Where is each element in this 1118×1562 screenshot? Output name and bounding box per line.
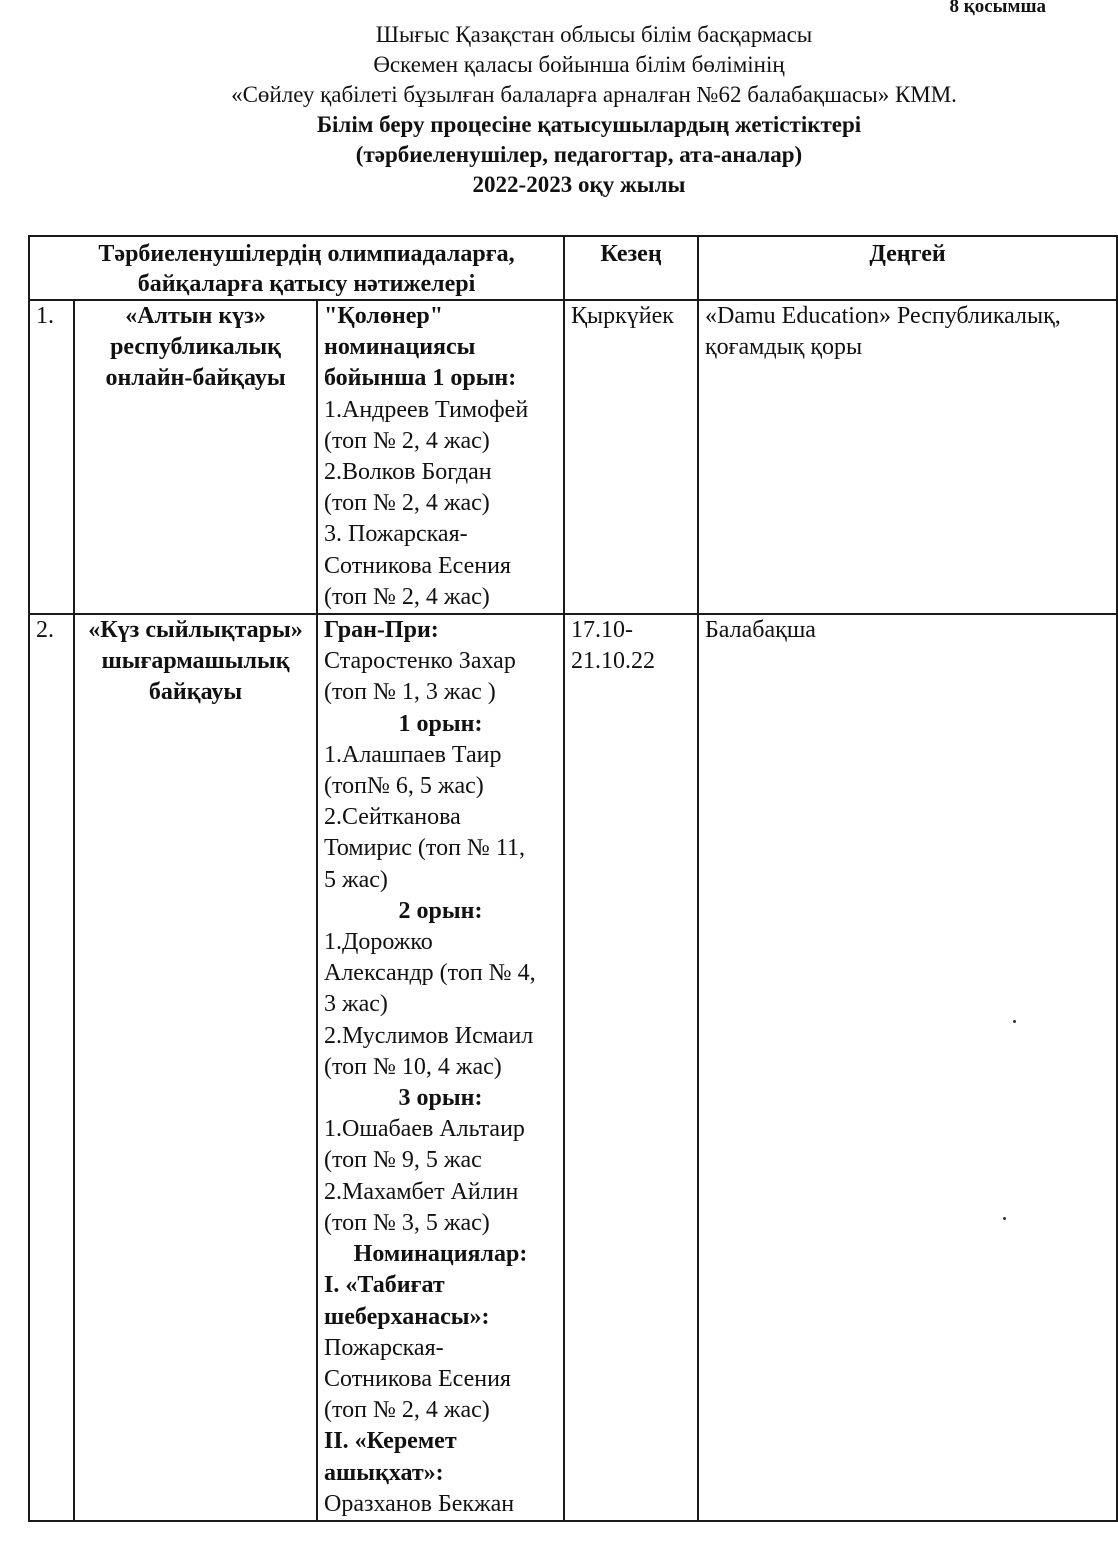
result-line: I. «Табиғат [324, 1270, 557, 1301]
document-header: Шығыс Қазақстан облысы білім басқармасы … [0, 20, 1118, 200]
result-line: 2.Махамбет Айлин [324, 1177, 557, 1208]
result-line: 3 орын: [324, 1083, 557, 1114]
result-line: (топ № 2, 4 жас) [324, 488, 557, 519]
result-line: (топ№ 6, 5 жас) [324, 771, 557, 802]
result-line: Старостенко Захар [324, 646, 557, 677]
column-header-period: Кезең [564, 236, 698, 300]
period-start: 17.10- [571, 615, 691, 646]
header-line-region: Шығыс Қазақстан облысы білім басқармасы [0, 20, 1118, 50]
document-title: Білім беру процесіне қатысушылардың жеті… [0, 110, 1118, 140]
contest-name: «Күз сыйлықтары» шығармашылық байқауы [74, 614, 317, 1521]
column-header-level: Деңгей [698, 236, 1117, 300]
column-header-results: Тәрбиеленушілердің олимпиадаларға, байқа… [29, 236, 564, 300]
result-line: Гран-При: [324, 615, 557, 646]
row-number: 1. [29, 300, 74, 614]
annex-label: 8 қосымша [950, 0, 1046, 18]
result-line: Пожарская- [324, 1333, 557, 1364]
result-line: шеберханасы»: [324, 1302, 557, 1333]
result-line: 1 орын: [324, 709, 557, 740]
result-line: Александр (топ № 4, [324, 958, 557, 989]
contest-name: «Алтын күз» республикалық онлайн-байқауы [74, 300, 317, 614]
header-line-department: Өскемен қаласы бойынша білім бөлімінің [0, 50, 1118, 80]
result-line: Сотникова Есения [324, 551, 557, 582]
result-line: 2 орын: [324, 896, 557, 927]
result-line: 1.Ошабаев Альтаир [324, 1114, 557, 1145]
document-subtitle: (тәрбиеленушілер, педагогтар, ата-аналар… [0, 140, 1118, 170]
result-line: 1.Дорожко [324, 927, 557, 958]
result-line: (топ № 10, 4 жас) [324, 1052, 557, 1083]
result-line: 2.Сейтканова [324, 802, 557, 833]
scan-speck [1003, 1217, 1006, 1220]
result-line: (топ № 9, 5 жас [324, 1145, 557, 1176]
result-line: Оразханов Бекжан [324, 1489, 557, 1520]
contest-level: «Damu Education» Республикалық, қоғамдық… [698, 300, 1117, 614]
result-line: Номинациялар: [324, 1239, 557, 1270]
result-line: бойынша 1 орын: [324, 363, 557, 394]
result-line: 3 жас) [324, 989, 557, 1020]
table-row: 2. «Күз сыйлықтары» шығармашылық байқауы… [29, 614, 1117, 1521]
contest-period: Қыркүйек [564, 300, 698, 614]
contest-level: Балабақша [698, 614, 1117, 1521]
result-line: ашықхат»: [324, 1458, 557, 1489]
result-line: 3. Пожарская- [324, 519, 557, 550]
row-number: 2. [29, 614, 74, 1521]
academic-year: 2022-2023 оқу жылы [0, 170, 1118, 200]
result-line: (топ № 2, 4 жас) [324, 426, 557, 457]
result-line: II. «Керемет [324, 1426, 557, 1457]
result-line: Томирис (топ № 11, [324, 833, 557, 864]
result-line: (топ № 2, 4 жас) [324, 582, 557, 613]
contest-period: 17.10- 21.10.22 [564, 614, 698, 1521]
result-line: "Қолөнер" [324, 301, 557, 332]
contest-results: Гран-При:Старостенко Захар(топ № 1, 3 жа… [317, 614, 564, 1521]
result-line: 2.Муслимов Исмаил [324, 1021, 557, 1052]
period-end: 21.10.22 [571, 646, 691, 677]
contest-results: "Қолөнер"номинациясыбойынша 1 орын:1.Анд… [317, 300, 564, 614]
scan-speck [1013, 1020, 1016, 1023]
result-line: 1.Андреев Тимофей [324, 395, 557, 426]
header-line-institution: «Сөйлеу қабілеті бұзылған балаларға арна… [0, 80, 1118, 110]
result-line: (топ № 2, 4 жас) [324, 1395, 557, 1426]
result-line: 1.Алашпаев Таир [324, 740, 557, 771]
achievements-table: Тәрбиеленушілердің олимпиадаларға, байқа… [28, 235, 1118, 1522]
result-line: (топ № 1, 3 жас ) [324, 677, 557, 708]
result-line: номинациясы [324, 332, 557, 363]
table-header-row: Тәрбиеленушілердің олимпиадаларға, байқа… [29, 236, 1117, 300]
result-line: (топ № 3, 5 жас) [324, 1208, 557, 1239]
table-row: 1. «Алтын күз» республикалық онлайн-байқ… [29, 300, 1117, 614]
result-line: 2.Волков Богдан [324, 457, 557, 488]
result-line: 5 жас) [324, 865, 557, 896]
result-line: Сотникова Есения [324, 1364, 557, 1395]
